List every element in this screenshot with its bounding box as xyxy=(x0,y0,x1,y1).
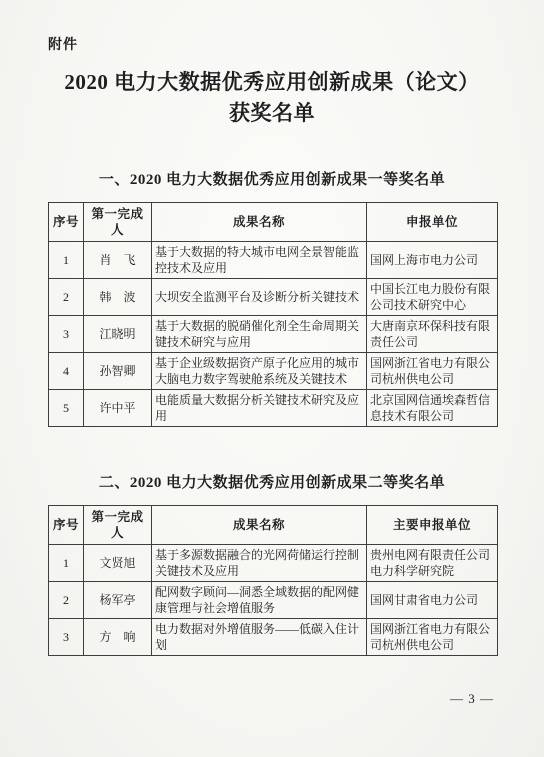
table-row: 4孙智卿基于企业级数据资产原子化应用的城市大脑电力数字驾驶舱系统及关键技术国网浙… xyxy=(49,353,498,390)
cell-achievement-name: 基于多源数据融合的光网荷储运行控制关键技术及应用 xyxy=(152,545,367,582)
cell-achievement-name: 基于大数据的特大城市电网全景智能监控技术及应用 xyxy=(152,242,367,279)
column-header: 第一完成人 xyxy=(84,203,152,242)
cell-first-completer: 孙智卿 xyxy=(84,353,152,390)
cell-row-number: 3 xyxy=(49,619,84,656)
cell-achievement-name: 电能质量大数据分析关键技术研究及应用 xyxy=(152,390,367,427)
cell-row-number: 2 xyxy=(49,279,84,316)
document-title-line1: 2020 电力大数据优秀应用创新成果（论文） xyxy=(64,70,479,94)
award-table: 序号第一完成人成果名称主要申报单位1文贤旭基于多源数据融合的光网荷储运行控制关键… xyxy=(48,505,498,656)
table-row: 5许中平电能质量大数据分析关键技术研究及应用北京国网信通埃森哲信息技术有限公司 xyxy=(49,390,498,427)
cell-declaring-unit: 国网浙江省电力有限公司杭州供电公司 xyxy=(367,619,498,656)
cell-row-number: 5 xyxy=(49,390,84,427)
column-header: 序号 xyxy=(49,203,84,242)
table-row: 3方 响电力数据对外增值服务——低碳入住计划国网浙江省电力有限公司杭州供电公司 xyxy=(49,619,498,656)
table-row: 2韩 波大坝安全监测平台及诊断分析关键技术中国长江电力股份有限公司技术研究中心 xyxy=(49,279,498,316)
award-sections-container: 一、2020 电力大数据优秀应用创新成果一等奖名单序号第一完成人成果名称申报单位… xyxy=(0,168,544,656)
column-header: 第一完成人 xyxy=(84,506,152,545)
cell-declaring-unit: 大唐南京环保科技有限责任公司 xyxy=(367,316,498,353)
column-header: 成果名称 xyxy=(152,506,367,545)
document-title-line2: 获奖名单 xyxy=(229,101,315,125)
attachment-label: 附件 xyxy=(48,0,544,54)
cell-row-number: 4 xyxy=(49,353,84,390)
cell-declaring-unit: 国网上海市电力公司 xyxy=(367,242,498,279)
cell-achievement-name: 大坝安全监测平台及诊断分析关键技术 xyxy=(152,279,367,316)
column-header: 序号 xyxy=(49,506,84,545)
cell-achievement-name: 配网数字顾问—洞悉全域数据的配网健康管理与社会增值服务 xyxy=(152,582,367,619)
award-section: 一、2020 电力大数据优秀应用创新成果一等奖名单序号第一完成人成果名称申报单位… xyxy=(0,168,544,427)
page-number: — 3 — xyxy=(450,691,494,707)
section-heading: 一、2020 电力大数据优秀应用创新成果一等奖名单 xyxy=(0,168,544,189)
cell-first-completer: 肖 飞 xyxy=(84,242,152,279)
table-row: 1肖 飞基于大数据的特大城市电网全景智能监控技术及应用国网上海市电力公司 xyxy=(49,242,498,279)
column-header: 成果名称 xyxy=(152,203,367,242)
award-section: 二、2020 电力大数据优秀应用创新成果二等奖名单序号第一完成人成果名称主要申报… xyxy=(0,471,544,656)
cell-declaring-unit: 贵州电网有限责任公司电力科学研究院 xyxy=(367,545,498,582)
table-row: 3江晓明基于大数据的脱硝催化剂全生命周期关键技术研究与应用大唐南京环保科技有限责… xyxy=(49,316,498,353)
cell-row-number: 2 xyxy=(49,582,84,619)
cell-declaring-unit: 国网浙江省电力有限公司杭州供电公司 xyxy=(367,353,498,390)
table-row: 2杨军亭配网数字顾问—洞悉全域数据的配网健康管理与社会增值服务国网甘肃省电力公司 xyxy=(49,582,498,619)
cell-declaring-unit: 中国长江电力股份有限公司技术研究中心 xyxy=(367,279,498,316)
cell-declaring-unit: 北京国网信通埃森哲信息技术有限公司 xyxy=(367,390,498,427)
cell-first-completer: 许中平 xyxy=(84,390,152,427)
cell-first-completer: 杨军亭 xyxy=(84,582,152,619)
column-header: 申报单位 xyxy=(367,203,498,242)
document-page: 附件 2020 电力大数据优秀应用创新成果（论文） 获奖名单 一、2020 电力… xyxy=(0,0,544,656)
document-title: 2020 电力大数据优秀应用创新成果（论文） 获奖名单 xyxy=(28,67,516,129)
column-header: 主要申报单位 xyxy=(367,506,498,545)
award-table: 序号第一完成人成果名称申报单位1肖 飞基于大数据的特大城市电网全景智能监控技术及… xyxy=(48,202,498,427)
table-header-row: 序号第一完成人成果名称主要申报单位 xyxy=(49,506,498,545)
cell-first-completer: 方 响 xyxy=(84,619,152,656)
table-header-row: 序号第一完成人成果名称申报单位 xyxy=(49,203,498,242)
cell-row-number: 3 xyxy=(49,316,84,353)
cell-first-completer: 韩 波 xyxy=(84,279,152,316)
cell-achievement-name: 基于企业级数据资产原子化应用的城市大脑电力数字驾驶舱系统及关键技术 xyxy=(152,353,367,390)
table-row: 1文贤旭基于多源数据融合的光网荷储运行控制关键技术及应用贵州电网有限责任公司电力… xyxy=(49,545,498,582)
cell-first-completer: 江晓明 xyxy=(84,316,152,353)
section-heading: 二、2020 电力大数据优秀应用创新成果二等奖名单 xyxy=(0,471,544,492)
cell-first-completer: 文贤旭 xyxy=(84,545,152,582)
cell-achievement-name: 电力数据对外增值服务——低碳入住计划 xyxy=(152,619,367,656)
cell-row-number: 1 xyxy=(49,242,84,279)
cell-declaring-unit: 国网甘肃省电力公司 xyxy=(367,582,498,619)
cell-row-number: 1 xyxy=(49,545,84,582)
cell-achievement-name: 基于大数据的脱硝催化剂全生命周期关键技术研究与应用 xyxy=(152,316,367,353)
